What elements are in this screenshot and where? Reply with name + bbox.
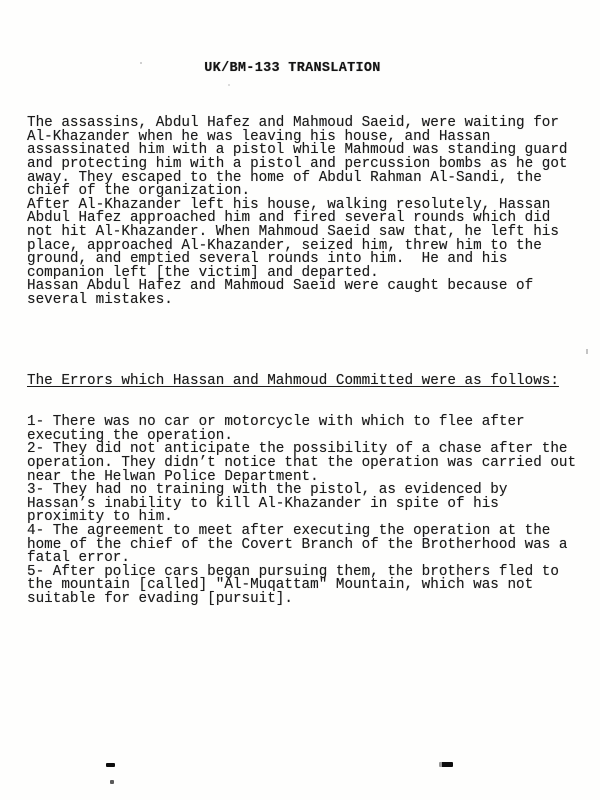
narrative-paragraph: The assassins, Abdul Hafez and Mahmoud S…: [27, 117, 583, 307]
blank-line: [27, 335, 583, 349]
document-body: The assassins, Abdul Hafez and Mahmoud S…: [27, 90, 583, 634]
scan-artifact-faint-dot-3: [586, 349, 588, 354]
scan-artifact-faint-dot-1: [140, 62, 142, 64]
scan-artifact-dash-left: [106, 763, 115, 767]
scan-artifact-faint-dot-2: [228, 84, 230, 86]
scanned-document-page: UK/BM-133 TRANSLATION The assassins, Abd…: [0, 0, 600, 800]
scan-artifact-dash-right: [439, 762, 453, 767]
scan-artifact-speck: [110, 780, 114, 784]
errors-list: 1- There was no car or motorcycle with w…: [27, 416, 583, 606]
document-title: UK/BM-133 TRANSLATION: [0, 61, 585, 76]
errors-section-heading: The Errors which Hassan and Mahmoud Comm…: [27, 375, 583, 389]
